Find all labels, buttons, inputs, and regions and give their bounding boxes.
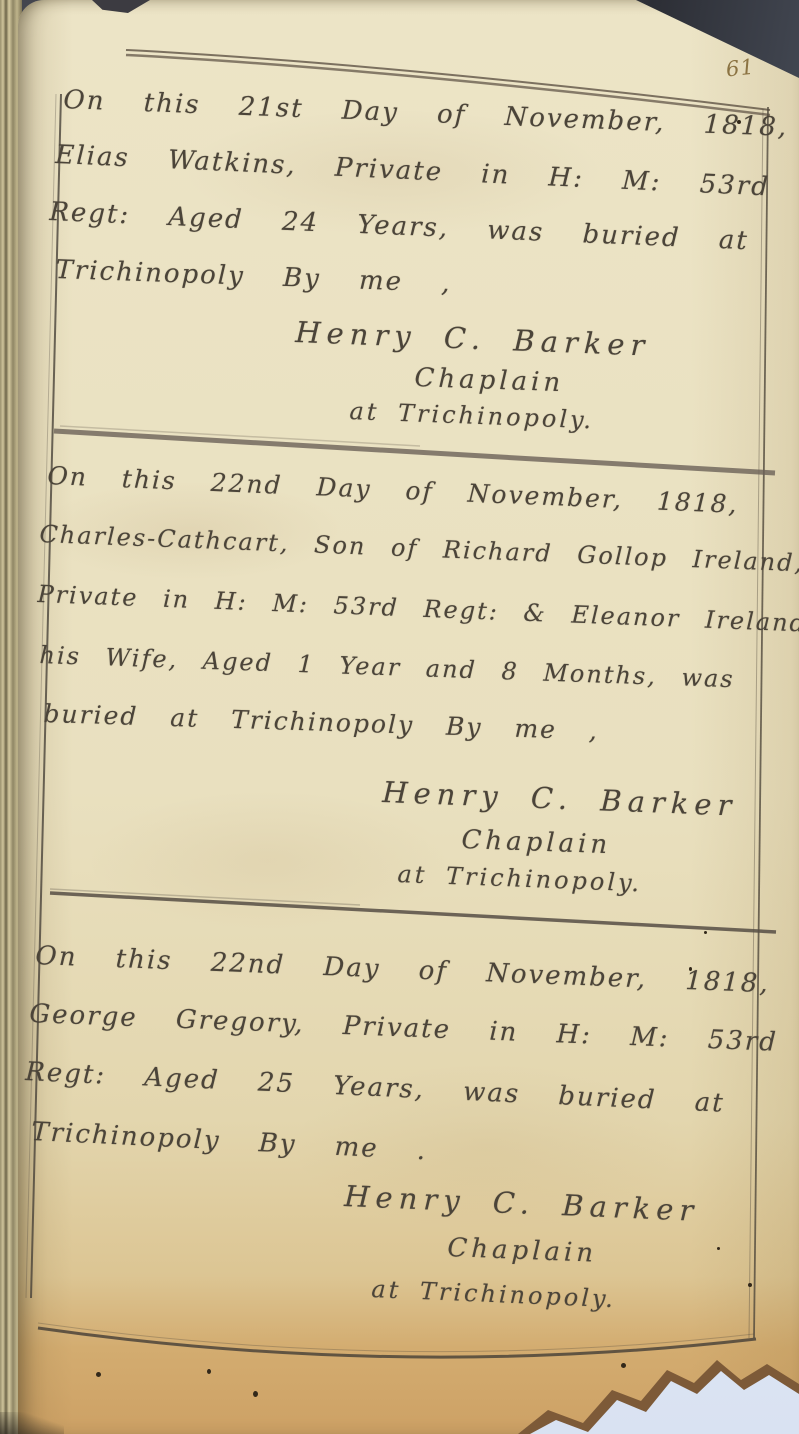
page-number: 61 — [725, 55, 756, 82]
chaplain-title: Chaplain — [447, 1234, 598, 1270]
bottom-left-shadow — [0, 1412, 64, 1434]
chaplain-title: Chaplain — [414, 364, 565, 399]
chaplain-title: Chaplain — [461, 826, 612, 861]
ink-speck — [748, 1283, 752, 1287]
register-photograph: 61 On this 21st Day of November, 1818, E… — [0, 0, 799, 1434]
ink-speck — [621, 1363, 626, 1368]
ink-speck — [704, 931, 707, 934]
ink-speck — [689, 967, 692, 971]
ink-speck — [207, 1369, 211, 1374]
ink-speck — [96, 1372, 101, 1377]
ink-speck — [717, 1247, 720, 1250]
ink-speck — [253, 1391, 258, 1397]
ink-speck — [737, 120, 741, 124]
